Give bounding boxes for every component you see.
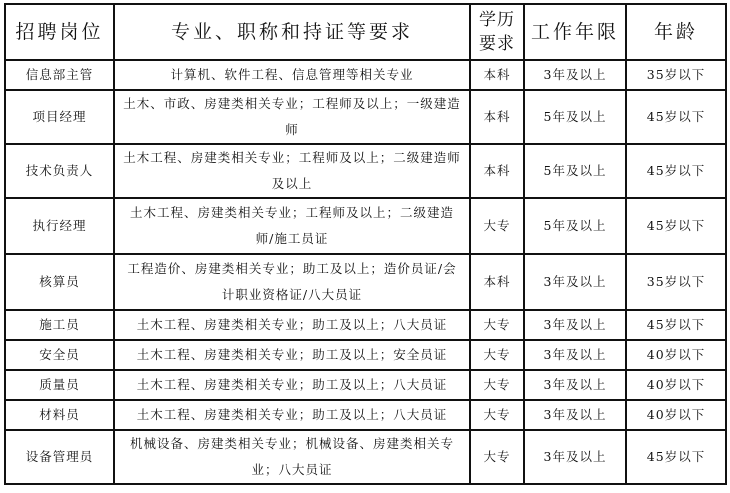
position-cell: 核算员 xyxy=(5,254,114,310)
experience-cell: 3年及以上 xyxy=(524,430,626,484)
position-cell: 安全员 xyxy=(5,340,114,370)
position-cell: 施工员 xyxy=(5,310,114,340)
age-cell: 40岁以下 xyxy=(626,340,726,370)
age-cell: 45岁以下 xyxy=(626,90,726,144)
recruitment-table: 招聘岗位 专业、职称和持证等要求 学历要求 工作年限 年龄 信息部主管计算机、软… xyxy=(4,3,727,485)
experience-cell: 5年及以上 xyxy=(524,144,626,198)
age-cell: 45岁以下 xyxy=(626,310,726,340)
education-cell: 本科 xyxy=(470,90,524,144)
requirements-cell: 土木工程、房建类相关专业；工程师及以上；二级建造师/施工员证 xyxy=(114,198,470,254)
age-cell: 40岁以下 xyxy=(626,370,726,400)
position-cell: 设备管理员 xyxy=(5,430,114,484)
experience-cell: 5年及以上 xyxy=(524,198,626,254)
table-row: 执行经理土木工程、房建类相关专业；工程师及以上；二级建造师/施工员证大专5年及以… xyxy=(5,198,726,254)
position-cell: 技术负责人 xyxy=(5,144,114,198)
experience-cell: 3年及以上 xyxy=(524,254,626,310)
requirements-cell: 土木、市政、房建类相关专业；工程师及以上；一级建造师 xyxy=(114,90,470,144)
age-cell: 45岁以下 xyxy=(626,430,726,484)
education-cell: 本科 xyxy=(470,60,524,90)
requirements-cell: 土木工程、房建类相关专业；助工及以上；八大员证 xyxy=(114,310,470,340)
education-cell: 大专 xyxy=(470,430,524,484)
age-cell: 40岁以下 xyxy=(626,400,726,430)
position-cell: 材料员 xyxy=(5,400,114,430)
education-cell: 大专 xyxy=(470,310,524,340)
experience-cell: 3年及以上 xyxy=(524,340,626,370)
requirements-cell: 土木工程、房建类相关专业；助工及以上；安全员证 xyxy=(114,340,470,370)
requirements-cell: 机械设备、房建类相关专业；机械设备、房建类相关专业；八大员证 xyxy=(114,430,470,484)
requirements-cell: 计算机、软件工程、信息管理等相关专业 xyxy=(114,60,470,90)
header-education: 学历要求 xyxy=(470,4,524,60)
experience-cell: 5年及以上 xyxy=(524,90,626,144)
position-cell: 项目经理 xyxy=(5,90,114,144)
requirements-cell: 土木工程、房建类相关专业；助工及以上；八大员证 xyxy=(114,400,470,430)
table-row: 安全员土木工程、房建类相关专业；助工及以上；安全员证大专3年及以上40岁以下 xyxy=(5,340,726,370)
education-cell: 大专 xyxy=(470,400,524,430)
experience-cell: 3年及以上 xyxy=(524,400,626,430)
requirements-cell: 土木工程、房建类相关专业；工程师及以上；二级建造师及以上 xyxy=(114,144,470,198)
table-row: 信息部主管计算机、软件工程、信息管理等相关专业本科3年及以上35岁以下 xyxy=(5,60,726,90)
education-cell: 大专 xyxy=(470,340,524,370)
table-row: 设备管理员机械设备、房建类相关专业；机械设备、房建类相关专业；八大员证大专3年及… xyxy=(5,430,726,484)
requirements-cell: 工程造价、房建类相关专业；助工及以上；造价员证/会计职业资格证/八大员证 xyxy=(114,254,470,310)
table-row: 材料员土木工程、房建类相关专业；助工及以上；八大员证大专3年及以上40岁以下 xyxy=(5,400,726,430)
header-row: 招聘岗位 专业、职称和持证等要求 学历要求 工作年限 年龄 xyxy=(5,4,726,60)
age-cell: 35岁以下 xyxy=(626,60,726,90)
age-cell: 35岁以下 xyxy=(626,254,726,310)
table-row: 项目经理土木、市政、房建类相关专业；工程师及以上；一级建造师本科5年及以上45岁… xyxy=(5,90,726,144)
header-position: 招聘岗位 xyxy=(5,4,114,60)
position-cell: 信息部主管 xyxy=(5,60,114,90)
experience-cell: 3年及以上 xyxy=(524,60,626,90)
table-row: 施工员土木工程、房建类相关专业；助工及以上；八大员证大专3年及以上45岁以下 xyxy=(5,310,726,340)
requirements-cell: 土木工程、房建类相关专业；助工及以上；八大员证 xyxy=(114,370,470,400)
experience-cell: 3年及以上 xyxy=(524,370,626,400)
header-age: 年龄 xyxy=(626,4,726,60)
education-cell: 大专 xyxy=(470,198,524,254)
table-row: 质量员土木工程、房建类相关专业；助工及以上；八大员证大专3年及以上40岁以下 xyxy=(5,370,726,400)
education-cell: 本科 xyxy=(470,144,524,198)
experience-cell: 3年及以上 xyxy=(524,310,626,340)
table-row: 技术负责人土木工程、房建类相关专业；工程师及以上；二级建造师及以上本科5年及以上… xyxy=(5,144,726,198)
education-cell: 大专 xyxy=(470,370,524,400)
header-experience: 工作年限 xyxy=(524,4,626,60)
position-cell: 执行经理 xyxy=(5,198,114,254)
table-row: 核算员工程造价、房建类相关专业；助工及以上；造价员证/会计职业资格证/八大员证本… xyxy=(5,254,726,310)
age-cell: 45岁以下 xyxy=(626,198,726,254)
position-cell: 质量员 xyxy=(5,370,114,400)
education-cell: 本科 xyxy=(470,254,524,310)
age-cell: 45岁以下 xyxy=(626,144,726,198)
header-requirements: 专业、职称和持证等要求 xyxy=(114,4,470,60)
